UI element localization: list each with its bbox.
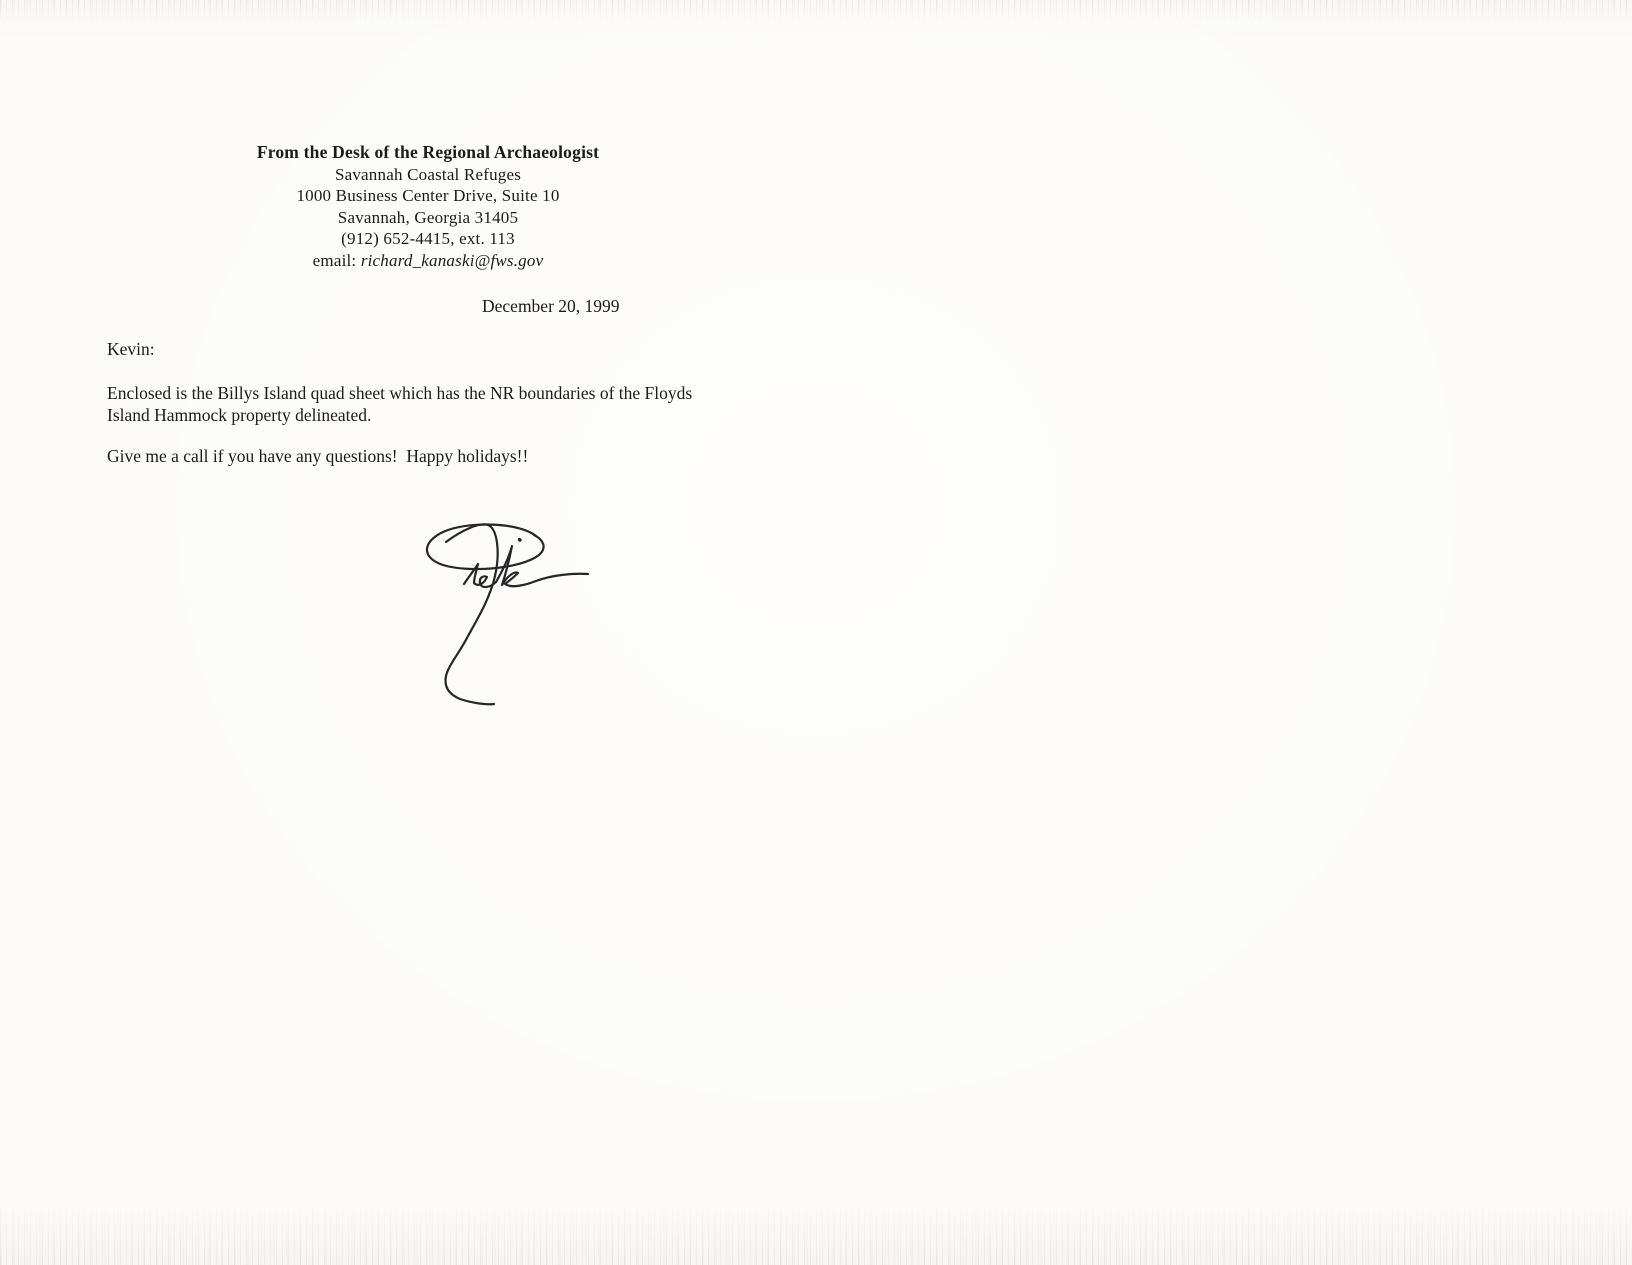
email-address: richard_kanaski@fws.gov bbox=[361, 251, 544, 270]
letterhead-address-line1: 1000 Business Center Drive, Suite 10 bbox=[0, 185, 856, 207]
handwritten-signature: Rick bbox=[416, 514, 600, 712]
letterhead-phone: (912) 652-4415, ext. 113 bbox=[0, 228, 856, 250]
letterhead-email: email: richard_kanaski@fws.gov bbox=[0, 250, 856, 272]
body-paragraph: Enclosed is the Billys Island quad sheet… bbox=[107, 382, 729, 426]
scan-noise-bottom bbox=[0, 1201, 1632, 1265]
letterhead-title: From the Desk of the Regional Archaeolog… bbox=[0, 142, 856, 164]
letterhead-organization: Savannah Coastal Refuges bbox=[0, 164, 856, 186]
letter-date: December 20, 1999 bbox=[482, 296, 620, 317]
scan-noise-top bbox=[0, 0, 1632, 22]
salutation: Kevin: bbox=[107, 339, 155, 360]
email-label: email: bbox=[313, 251, 361, 270]
closing-line: Give me a call if you have any questions… bbox=[107, 446, 528, 467]
letterhead: From the Desk of the Regional Archaeolog… bbox=[0, 142, 856, 271]
signature-rick-icon bbox=[416, 514, 600, 712]
letter-page: From the Desk of the Regional Archaeolog… bbox=[0, 0, 1632, 1265]
letterhead-address-line2: Savannah, Georgia 31405 bbox=[0, 207, 856, 229]
